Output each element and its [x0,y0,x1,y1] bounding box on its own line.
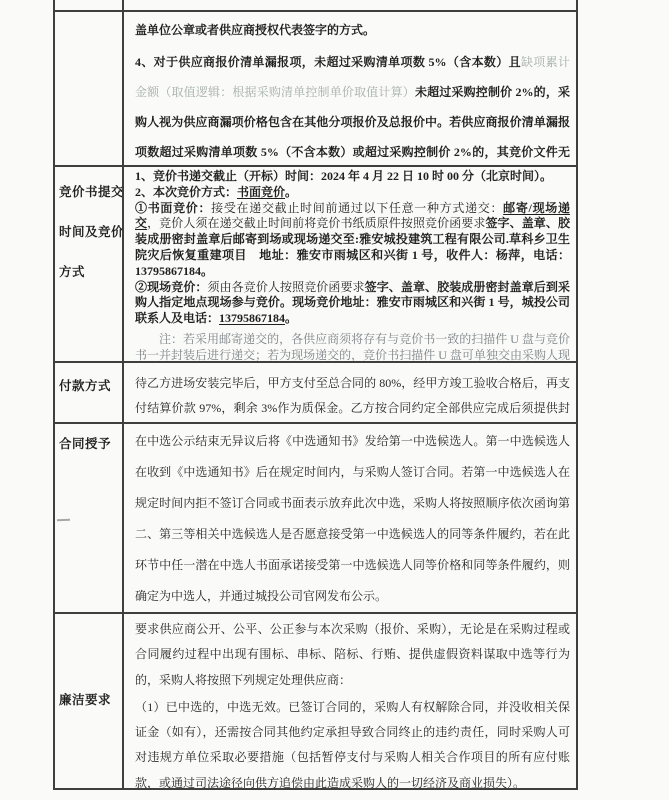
text-segment: ，竞价人须在递交截止时间前将竞价书纸质原件按照竞价函要求 [147,216,485,230]
text-segment: 13795867184 [219,311,285,325]
paragraph: 要求供应商公开、公平、公正参与本次采购（报价、采购），无论是在采购过程或合同履约… [135,617,570,693]
text-segment: 2、本次竞价方式： [135,185,237,199]
paragraph: 在中选公示结束无异议后将《中选通知书》发给第一中选候选人。第一中选候选人在收到《… [135,426,570,612]
text-segment: ①书面竞价： [135,201,211,215]
row-content-quotation-omission-rules: 盖单位公章或者供应商授权代表签字的方式。4、对于供应商报价清单漏报项，未超过采购… [124,12,576,165]
text-segment: 在中选公示结束无异议后将《中选通知书》发给第一中选候选人。第一中选候选人在收到《… [135,434,570,603]
paragraph: 注：若采用邮寄递交的，各供应商须将存有与竞价书一致的扫描件 U 盘与竞价书一并封… [135,332,570,361]
text-segment: 接受在递交截止时间前通过以下任意一种方式递交： [211,201,503,215]
text-segment: 书面竞价 [237,185,285,199]
text-segment: （1）已中选的，中选无效。已签订合同的，采购人有权解除合同，并没收相关保证金（如… [135,700,570,788]
paragraph: 待乙方进场安装完毕后，甲方支付至总合同的 80%，经甲方竣工验收合格后，再支付结… [135,371,570,422]
paragraph: 2、本次竞价方式：书面竞价。 [135,185,570,201]
text-segment: 注：若采用邮寄递交的，各供应商须将存有与竞价书一致的扫描件 U 盘与竞价书一并封… [135,332,570,361]
table-row-bid-submission: 竞价书提交 时间及竞价 方式 1、竞价书递交截止（开标）时间：2024 年 4 … [55,167,576,363]
table-row-continuation: 盖单位公章或者供应商授权代表签字的方式。4、对于供应商报价清单漏报项，未超过采购… [55,12,576,167]
row-content-integrity-rules: 要求供应商公开、公平、公正参与本次采购（报价、采购），无论是在采购过程或合同履约… [124,614,576,788]
paragraph: 1、竞价书递交截止（开标）时间：2024 年 4 月 22 日 10 时 00 … [135,169,570,185]
row-content-payment-terms: 待乙方进场安装完毕后，甲方支付至总合同的 80%，经甲方竣工验收合格后，再支付结… [124,363,576,422]
text-segment: ②现场竞价： [135,280,208,294]
row-label-integrity-requirements: 廉洁要求 [55,614,124,788]
row-label-bid-submission-time-method: 竞价书提交 时间及竞价 方式 [55,167,124,361]
table-border-stub-right [576,0,578,10]
procurement-terms-table: 盖单位公章或者供应商授权代表签字的方式。4、对于供应商报价清单漏报项，未超过采购… [53,10,578,790]
text-segment: 要求供应商公开、公平、公正参与本次采购（报价、采购），无论是在采购过程或合同履约… [135,622,570,687]
row-content-bid-submission-details: 1、竞价书递交截止（开标）时间：2024 年 4 月 22 日 10 时 00 … [124,167,576,361]
text-segment: 待乙方进场安装完毕后，甲方支付至总合同的 80%，经甲方竣工验收合格后，再支付结… [135,376,570,422]
paragraph: ②现场竞价：须由各竞价人按照竞价函要求签字、盖章、胶装成册密封盖章后到采购人指定… [135,280,570,327]
text-segment: 须由各竞价人按照竞价函要求 [208,280,365,294]
paragraph: ①书面竞价：接受在递交截止时间前通过以下任意一种方式递交：邮寄/现场递交，竞价人… [135,201,570,280]
row-label-empty [55,12,124,165]
scanned-document-page: 盖单位公章或者供应商授权代表签字的方式。4、对于供应商报价清单漏报项，未超过采购… [0,0,669,800]
text-segment: 。 [285,311,297,325]
text-segment: 4、对于供应商报价清单漏报项，未超过采购清单项数 5%（含本数）且 [135,55,521,69]
row-label-payment-method: 付款方式 [55,363,124,422]
row-content-contract-award-process: 在中选公示结束无异议后将《中选通知书》发给第一中选候选人。第一中选候选人在收到《… [124,424,576,612]
text-segment: 。 [285,185,297,199]
table-row-contract-award: 合同授予 在中选公示结束无异议后将《中选通知书》发给第一中选候选人。第一中选候选… [55,424,576,614]
table-border-stub-divider [122,0,124,10]
paragraph: 盖单位公章或者供应商授权代表签字的方式。 [135,15,570,45]
table-border-stub-left [53,0,55,10]
text-segment: 1、竞价书递交截止（开标）时间：2024 年 4 月 22 日 10 时 00 … [135,169,552,183]
table-row-payment-method: 付款方式 待乙方进场安装完毕后，甲方支付至总合同的 80%，经甲方竣工验收合格后… [55,363,576,424]
table-row-integrity-requirements: 廉洁要求 要求供应商公开、公平、公正参与本次采购（报价、采购），无论是在采购过程… [55,614,576,788]
paragraph: 4、对于供应商报价清单漏报项，未超过采购清单项数 5%（含本数）且缺项累计金额（… [135,47,570,165]
paragraph: （1）已中选的，中选无效。已签订合同的，采购人有权解除合同，并没收相关保证金（如… [135,695,570,788]
text-segment: 盖单位公章或者供应商授权代表签字的方式。 [135,23,375,37]
